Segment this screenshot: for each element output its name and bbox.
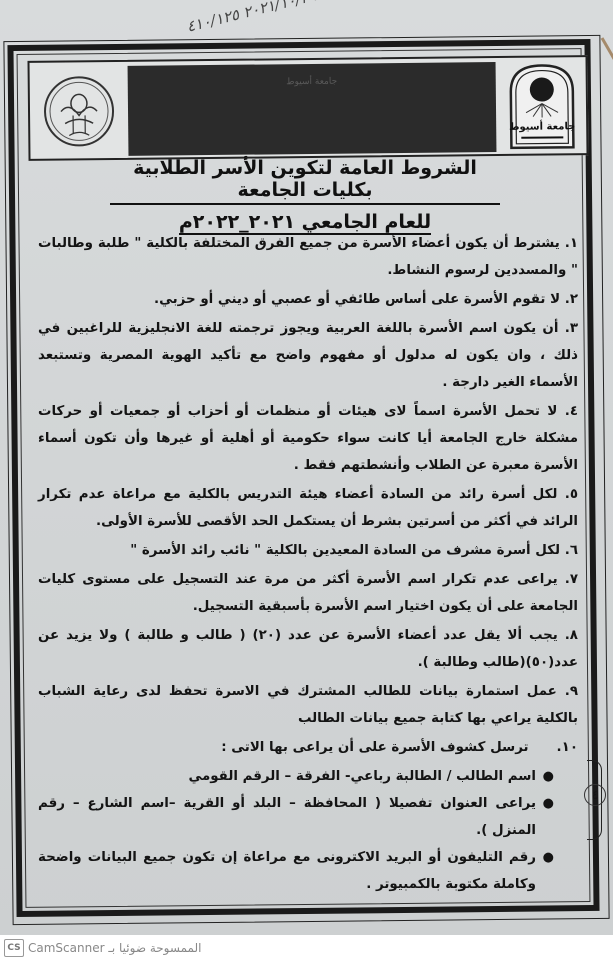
scanner-watermark-bar: CS CamScanner الممسوحة ضوئيا بـ: [0, 935, 613, 960]
item-text: لكل أسرة رائد من السادة أعضاء هيئة التدر…: [38, 487, 578, 529]
item-number: ٨.: [565, 628, 578, 643]
camscanner-logo-icon: CS: [4, 939, 24, 957]
condition-item-9: ٩. عمل استمارة بيانات للطالب المشترك في …: [38, 678, 578, 732]
bullet-icon: ●: [543, 790, 554, 817]
item-number: ٢.: [565, 292, 578, 307]
item-number: ٩.: [565, 684, 578, 699]
item-text: يشترط أن يكون أعضاء الأسرة من جميع الفرق…: [38, 236, 578, 278]
item-text: يراعى عدم تكرار اسم الأسرة أكثر من مرة ع…: [38, 572, 578, 614]
condition-item-7: ٧. يراعى عدم تكرار اسم الأسرة أكثر من مر…: [38, 566, 578, 620]
item-number: ٦.: [565, 543, 578, 558]
svg-text:جامعة أسيوط: جامعة أسيوط: [509, 119, 575, 133]
bullet-icon: ●: [543, 763, 554, 790]
item-number: ١.: [565, 236, 578, 251]
item-number: ٧.: [565, 572, 578, 587]
letterhead-banner: جامعة أسيوط: [128, 62, 497, 156]
sub-item-text: رقم التليفون أو البريد الاكترونى مع مراع…: [38, 850, 536, 892]
scanned-page: ٢٠٢١/١٠/٢٦ ٤١٠/١٢٥ جامعة أسيوط: [0, 0, 613, 935]
sub-item-text: يراعى العنوان تفصيلا ( المحافظة – البلد …: [38, 796, 536, 838]
bullet-icon: ●: [543, 844, 554, 871]
title-line-1: الشروط العامة لتكوين الأسر الطلابية بكلي…: [110, 157, 500, 205]
sub-item-1: ● اسم الطالب / الطالبة رباعي- الفرقة – ا…: [38, 763, 554, 790]
condition-item-10: ١٠. ترسل كشوف الأسرة على أن يراعى بها ال…: [38, 734, 578, 761]
item-text: ترسل كشوف الأسرة على أن يراعى بها الاتى …: [221, 740, 528, 755]
condition-item-2: ٢. لا تقوم الأسرة على أساس طائفي أو عصبي…: [38, 286, 578, 313]
scanner-watermark-text: CamScanner الممسوحة ضوئيا بـ: [28, 941, 201, 955]
document-title: الشروط العامة لتكوين الأسر الطلابية بكلي…: [110, 157, 500, 235]
condition-item-8: ٨. يجب ألا يقل عدد أعضاء الأسرة عن عدد (…: [38, 622, 578, 676]
item-text: لا تقوم الأسرة على أساس طائفي أو عصبي أو…: [154, 292, 560, 307]
item-number: ١٠.: [557, 740, 578, 755]
banner-line-1: جامعة أسيوط: [286, 77, 337, 88]
condition-item-3: ٣. أن يكون اسم الأسرة باللغة العربية ويج…: [38, 315, 578, 396]
item-number: ٥.: [565, 487, 578, 502]
item-text: يجب ألا يقل عدد أعضاء الأسرة عن عدد (٢٠)…: [38, 628, 578, 670]
condition-item-6: ٦. لكل أسرة مشرف من السادة المعيدين بالك…: [38, 537, 578, 564]
item-text: لا تحمل الأسرة اسماً لاى هيئات أو منظمات…: [38, 404, 578, 473]
condition-item-1: ١. يشترط أن يكون أعضاء الأسرة من جميع ال…: [38, 230, 578, 284]
conditions-list: ١. يشترط أن يكون أعضاء الأسرة من جميع ال…: [38, 230, 578, 898]
handwritten-reference-note: ٢٠٢١/١٠/٢٦ ٤١٠/١٢٥: [185, 0, 318, 36]
letterhead: جامعة أسيوط جامعة أسيوط: [27, 55, 588, 161]
item-number: ٤.: [565, 404, 578, 419]
item-text: أن يكون اسم الأسرة باللغة العربية ويجوز …: [38, 321, 578, 390]
sub-item-3: ● رقم التليفون أو البريد الاكترونى مع مر…: [38, 844, 554, 898]
item-number: ٣.: [565, 321, 578, 336]
sub-item-text: اسم الطالب / الطالبة رباعي- الفرقة – الر…: [188, 769, 536, 784]
assiut-university-logo-icon: جامعة أسيوط: [504, 59, 581, 152]
condition-item-4: ٤. لا تحمل الأسرة اسماً لاى هيئات أو منظ…: [38, 398, 578, 479]
pen-mark: [601, 37, 613, 64]
item-text: لكل أسرة مشرف من السادة المعيدين بالكلية…: [130, 543, 560, 558]
condition-item-5: ٥. لكل أسرة رائد من السادة أعضاء هيئة ال…: [38, 481, 578, 535]
handwritten-circled-number: ٤: [584, 784, 606, 806]
list-requirements: ● اسم الطالب / الطالبة رباعي- الفرقة – ا…: [38, 763, 578, 898]
item-text: عمل استمارة بيانات للطالب المشترك في الا…: [38, 684, 578, 726]
sub-item-2: ● يراعى العنوان تفصيلا ( المحافظة – البل…: [38, 790, 554, 844]
seal-logo-icon: [34, 68, 125, 155]
